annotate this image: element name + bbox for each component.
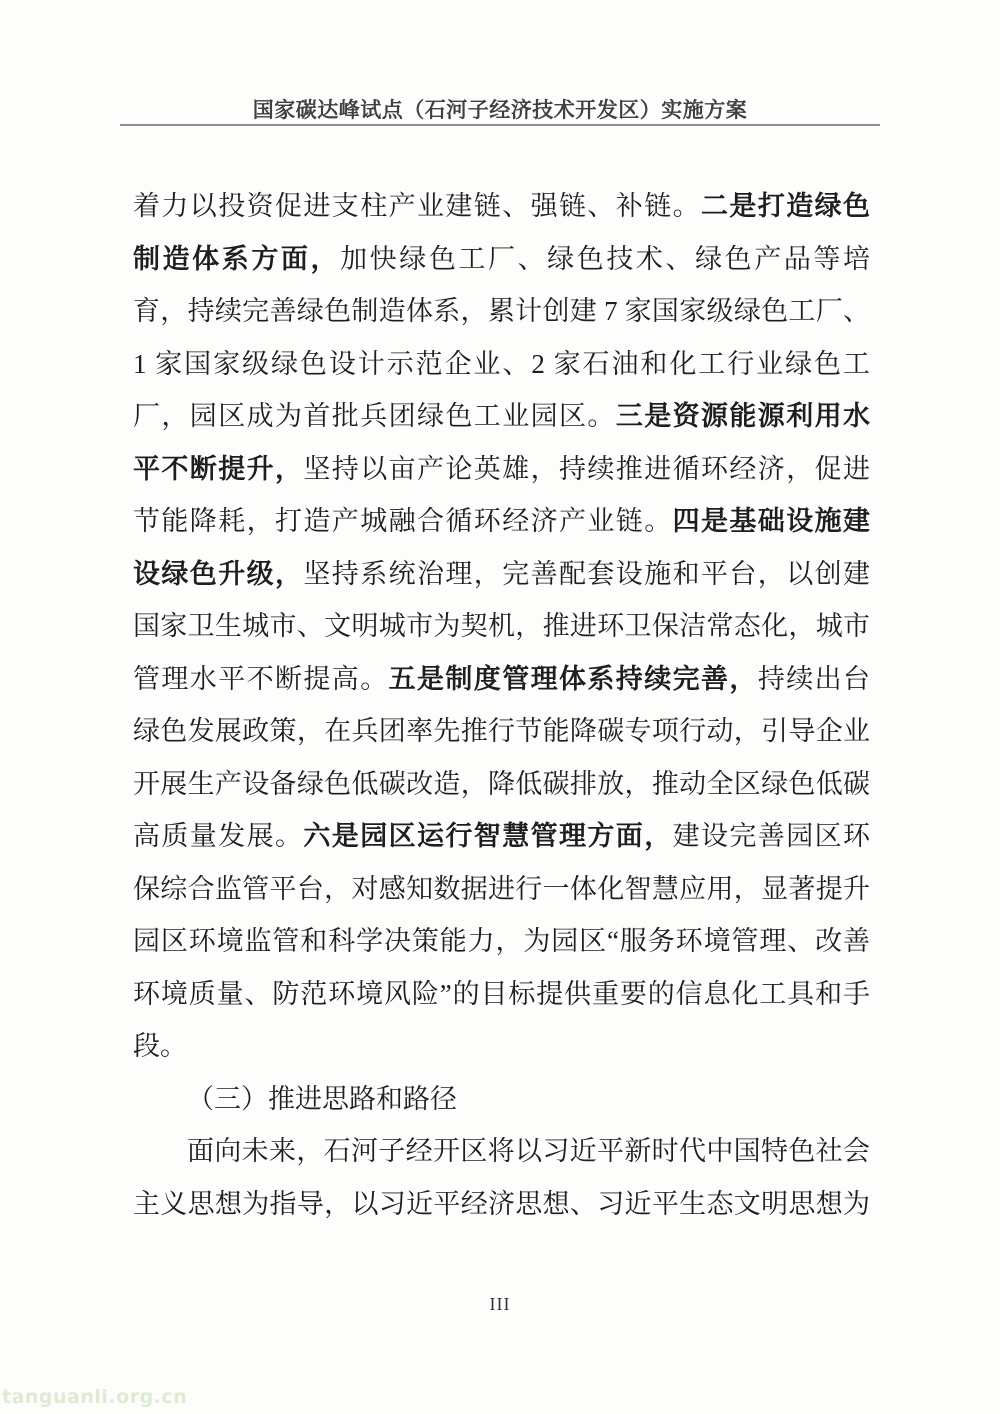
text-line: 面向未来，石河子经开区将以习近平新时代中国特色社会	[133, 1125, 870, 1178]
text-segment: 绿色发展政策，在兵团率先推行节能降碳专项行动，引导企业	[133, 716, 870, 746]
text-segment: 管理水平不断提高。	[133, 664, 389, 694]
watermark-text: tanguanli.org.cn	[2, 1386, 187, 1408]
text-line: 环境质量、防范环境风险”的目标提供重要的信息化工具和手	[133, 968, 870, 1021]
text-segment: 面向未来，石河子经开区将以习近平新时代中国特色社会	[187, 1136, 870, 1166]
bold-text-segment: 四是基础设施建	[673, 506, 870, 536]
bold-text-segment: 二是打造绿色	[701, 191, 870, 221]
text-line: 着力以投资促进支柱产业建链、强链、补链。二是打造绿色	[133, 180, 870, 233]
text-segment: 保综合监管平台，对感知数据进行一体化智慧应用，显著提升	[133, 874, 870, 904]
bold-text-segment: 三是资源能源利用水	[616, 401, 870, 431]
text-line: 园区环境监管和科学决策能力，为园区“服务环境管理、改善	[133, 915, 870, 968]
text-line: 高质量发展。六是园区运行智慧管理方面，建设完善园区环	[133, 810, 870, 863]
bold-text-segment: 设绿色升级，	[133, 559, 303, 589]
bold-text-segment: 平不断提升，	[133, 454, 303, 484]
text-line: 育，持续完善绿色制造体系，累计创建 7 家国家级绿色工厂、	[133, 285, 870, 338]
text-segment: 1 家国家级绿色设计示范企业、2 家石油和化工行业绿色工	[133, 349, 870, 379]
text-segment: 国家卫生城市、文明城市为契机，推进环卫保洁常态化，城市	[133, 611, 870, 641]
text-line: 设绿色升级，坚持系统治理，完善配套设施和平台，以创建	[133, 548, 870, 601]
text-line: 保综合监管平台，对感知数据进行一体化智慧应用，显著提升	[133, 863, 870, 916]
text-segment: 环境质量、防范环境风险”的目标提供重要的信息化工具和手	[133, 979, 870, 1009]
body-text: 着力以投资促进支柱产业建链、强链、补链。二是打造绿色制造体系方面，加快绿色工厂、…	[133, 180, 870, 1230]
text-line: 1 家国家级绿色设计示范企业、2 家石油和化工行业绿色工	[133, 338, 870, 391]
text-segment: 厂，园区成为首批兵团绿色工业园区。	[133, 401, 616, 431]
text-line: 国家卫生城市、文明城市为契机，推进环卫保洁常态化，城市	[133, 600, 870, 653]
page-number: III	[0, 1294, 1000, 1315]
header-divider	[120, 124, 880, 126]
text-segment: 育，持续完善绿色制造体系，累计创建 7 家国家级绿色工厂、	[133, 296, 870, 326]
text-segment: （三）推进思路和路径	[187, 1084, 457, 1114]
document-page: 国家碳达峰试点（石河子经济技术开发区）实施方案 着力以投资促进支柱产业建链、强链…	[0, 0, 1000, 1414]
text-line: 开展生产设备绿色低碳改造，降低碳排放，推动全区绿色低碳	[133, 758, 870, 811]
text-segment: 园区环境监管和科学决策能力，为园区“服务环境管理、改善	[133, 926, 870, 956]
text-line: 管理水平不断提高。五是制度管理体系持续完善，持续出台	[133, 653, 870, 706]
text-line: 绿色发展政策，在兵团率先推行节能降碳专项行动，引导企业	[133, 705, 870, 758]
text-segment: 节能降耗，打造产城融合循环经济产业链。	[133, 506, 673, 536]
bold-text-segment: 五是制度管理体系持续完善，	[389, 664, 758, 694]
bold-text-segment: 制造体系方面，	[133, 244, 340, 274]
text-segment: 开展生产设备绿色低碳改造，降低碳排放，推动全区绿色低碳	[133, 769, 870, 799]
text-segment: 持续出台	[758, 664, 870, 694]
text-line: 厂，园区成为首批兵团绿色工业园区。三是资源能源利用水	[133, 390, 870, 443]
text-line: 平不断提升，坚持以亩产论英雄，持续推进循环经济，促进	[133, 443, 870, 496]
text-segment: 主义思想为指导，以习近平经济思想、习近平生态文明思想为	[133, 1189, 870, 1219]
text-line: 段。	[133, 1020, 870, 1073]
text-line: 制造体系方面，加快绿色工厂、绿色技术、绿色产品等培	[133, 233, 870, 286]
text-segment: 高质量发展。	[133, 821, 303, 851]
bold-text-segment: 六是园区运行智慧管理方面，	[303, 821, 672, 851]
text-line: 主义思想为指导，以习近平经济思想、习近平生态文明思想为	[133, 1178, 870, 1231]
text-segment: 坚持系统治理，完善配套设施和平台，以创建	[303, 559, 870, 589]
page-header: 国家碳达峰试点（石河子经济技术开发区）实施方案	[0, 94, 1000, 124]
text-line: 节能降耗，打造产城融合循环经济产业链。四是基础设施建	[133, 495, 870, 548]
text-segment: 段。	[133, 1031, 187, 1061]
text-segment: 坚持以亩产论英雄，持续推进循环经济，促进	[303, 454, 870, 484]
text-segment: 建设完善园区环	[673, 821, 870, 851]
text-segment: 着力以投资促进支柱产业建链、强链、补链。	[133, 191, 701, 221]
page-header-title: 国家碳达峰试点（石河子经济技术开发区）实施方案	[253, 98, 748, 122]
text-line: （三）推进思路和路径	[133, 1073, 870, 1126]
text-segment: 加快绿色工厂、绿色技术、绿色产品等培	[340, 244, 870, 274]
